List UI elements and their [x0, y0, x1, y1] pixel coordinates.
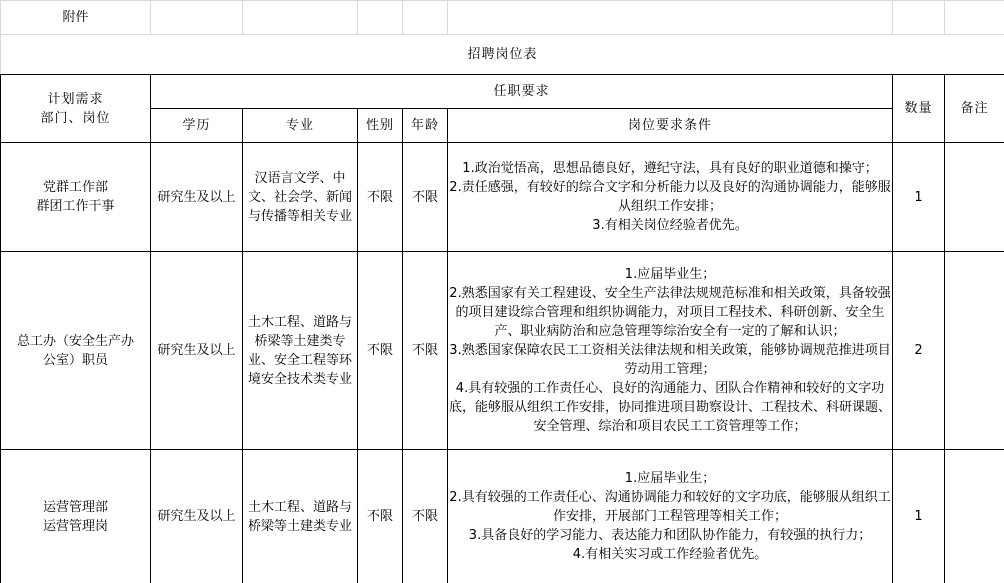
empty-cell[interactable] [151, 1, 243, 35]
gender-cell[interactable]: 不限 [358, 143, 403, 252]
remarks-cell[interactable] [945, 450, 1004, 583]
table-row: 总工办（安全生产办 公室）职员 研究生及以上 土木工程、道路与桥梁等土建类专业、… [1, 252, 1004, 450]
age-cell[interactable]: 不限 [403, 450, 448, 583]
empty-cell[interactable] [448, 1, 893, 35]
quantity-cell[interactable]: 2 [893, 252, 945, 450]
empty-cell[interactable] [403, 1, 448, 35]
header-education[interactable]: 学历 [151, 109, 243, 143]
table-row: 党群工作部 群团工作干事 研究生及以上 汉语言文学、中文、社会学、新闻与传播等相… [1, 143, 1004, 252]
quantity-cell[interactable]: 1 [893, 143, 945, 252]
empty-cell[interactable] [358, 1, 403, 35]
dept-name: 运营管理部 [1, 498, 150, 517]
position-name: 公室）职员 [1, 351, 150, 370]
header-row-2: 学历 专业 性别 年龄 岗位要求条件 [1, 109, 1004, 143]
dept-name: 总工办（安全生产办 [1, 332, 150, 351]
header-conditions[interactable]: 岗位要求条件 [448, 109, 893, 143]
position-name: 运营管理岗 [1, 517, 150, 536]
conditions-cell[interactable]: 1.应届毕业生； 2.熟悉国家有关工程建设、安全生产法律法规规范标准和相关政策，… [448, 252, 893, 450]
education-cell[interactable]: 研究生及以上 [151, 252, 243, 450]
header-requirements-group[interactable]: 任职要求 [151, 75, 893, 109]
age-cell[interactable]: 不限 [403, 143, 448, 252]
header-remarks[interactable]: 备注 [945, 75, 1004, 143]
header-gender[interactable]: 性别 [358, 109, 403, 143]
title-row: 招聘岗位表 [1, 35, 1004, 75]
condition-item: 4.有相关实习或工作经验者优先。 [448, 545, 892, 564]
condition-item: 3.有相关岗位经验者优先。 [448, 216, 892, 235]
quantity-cell[interactable]: 1 [893, 450, 945, 583]
empty-cell[interactable] [243, 1, 358, 35]
condition-item: 3.具备良好的学习能力、表达能力和团队协作能力，有较强的执行力； [448, 526, 892, 545]
header-plan-line2: 部门、岗位 [1, 109, 150, 128]
condition-item: 1.政治觉悟高，思想品德良好，遵纪守法，具有良好的职业道德和操守； [448, 159, 892, 178]
education-cell[interactable]: 研究生及以上 [151, 143, 243, 252]
condition-item: 2.具有较强的工作责任心、沟通协调能力和较好的文字功底，能够服从组织工作安排，开… [448, 488, 892, 526]
header-plan[interactable]: 计划需求 部门、岗位 [1, 75, 151, 143]
major-cell[interactable]: 汉语言文学、中文、社会学、新闻与传播等相关专业 [243, 143, 358, 252]
empty-cell[interactable] [945, 1, 1004, 35]
empty-cell[interactable] [893, 1, 945, 35]
education-cell[interactable]: 研究生及以上 [151, 450, 243, 583]
major-cell[interactable]: 土木工程、道路与桥梁等土建类专业 [243, 450, 358, 583]
gender-cell[interactable]: 不限 [358, 450, 403, 583]
dept-position-cell[interactable]: 运营管理部 运营管理岗 [1, 450, 151, 583]
remarks-cell[interactable] [945, 252, 1004, 450]
annex-row: 附件 [1, 1, 1004, 35]
header-quantity[interactable]: 数量 [893, 75, 945, 143]
dept-position-cell[interactable]: 总工办（安全生产办 公室）职员 [1, 252, 151, 450]
header-plan-line1: 计划需求 [1, 90, 150, 109]
age-cell[interactable]: 不限 [403, 252, 448, 450]
position-name: 群团工作干事 [1, 197, 150, 216]
condition-item: 3.熟悉国家保障农民工工资相关法律法规和相关政策，能够协调规范推进项目劳动用工管… [448, 341, 892, 379]
condition-item: 4.具有较强的工作责任心、良好的沟通能力、团队合作精神和较好的文字功底，能够服从… [448, 379, 892, 436]
conditions-cell[interactable]: 1.应届毕业生； 2.具有较强的工作责任心、沟通协调能力和较好的文字功底，能够服… [448, 450, 893, 583]
header-major[interactable]: 专业 [243, 109, 358, 143]
condition-item: 2.责任感强，有较好的综合文字和分析能力以及良好的沟通协调能力，能够服从组织工作… [448, 178, 892, 216]
condition-item: 1.应届毕业生； [448, 265, 892, 284]
header-age[interactable]: 年龄 [403, 109, 448, 143]
gender-cell[interactable]: 不限 [358, 252, 403, 450]
conditions-cell[interactable]: 1.政治觉悟高，思想品德良好，遵纪守法，具有良好的职业道德和操守； 2.责任感强… [448, 143, 893, 252]
recruitment-table: 附件 招聘岗位表 计划需求 部门、岗位 任职要求 数量 备注 学历 专业 性别 … [0, 0, 1004, 583]
condition-item: 1.应届毕业生； [448, 469, 892, 488]
table-row: 运营管理部 运营管理岗 研究生及以上 土木工程、道路与桥梁等土建类专业 不限 不… [1, 450, 1004, 583]
remarks-cell[interactable] [945, 143, 1004, 252]
header-row-1: 计划需求 部门、岗位 任职要求 数量 备注 [1, 75, 1004, 109]
annex-label[interactable]: 附件 [1, 1, 151, 35]
page-title[interactable]: 招聘岗位表 [1, 35, 1004, 75]
dept-name: 党群工作部 [1, 178, 150, 197]
dept-position-cell[interactable]: 党群工作部 群团工作干事 [1, 143, 151, 252]
major-cell[interactable]: 土木工程、道路与桥梁等土建类专业、安全工程等环境安全技术类专业 [243, 252, 358, 450]
condition-item: 2.熟悉国家有关工程建设、安全生产法律法规规范标准和相关政策，具备较强的项目建设… [448, 284, 892, 341]
